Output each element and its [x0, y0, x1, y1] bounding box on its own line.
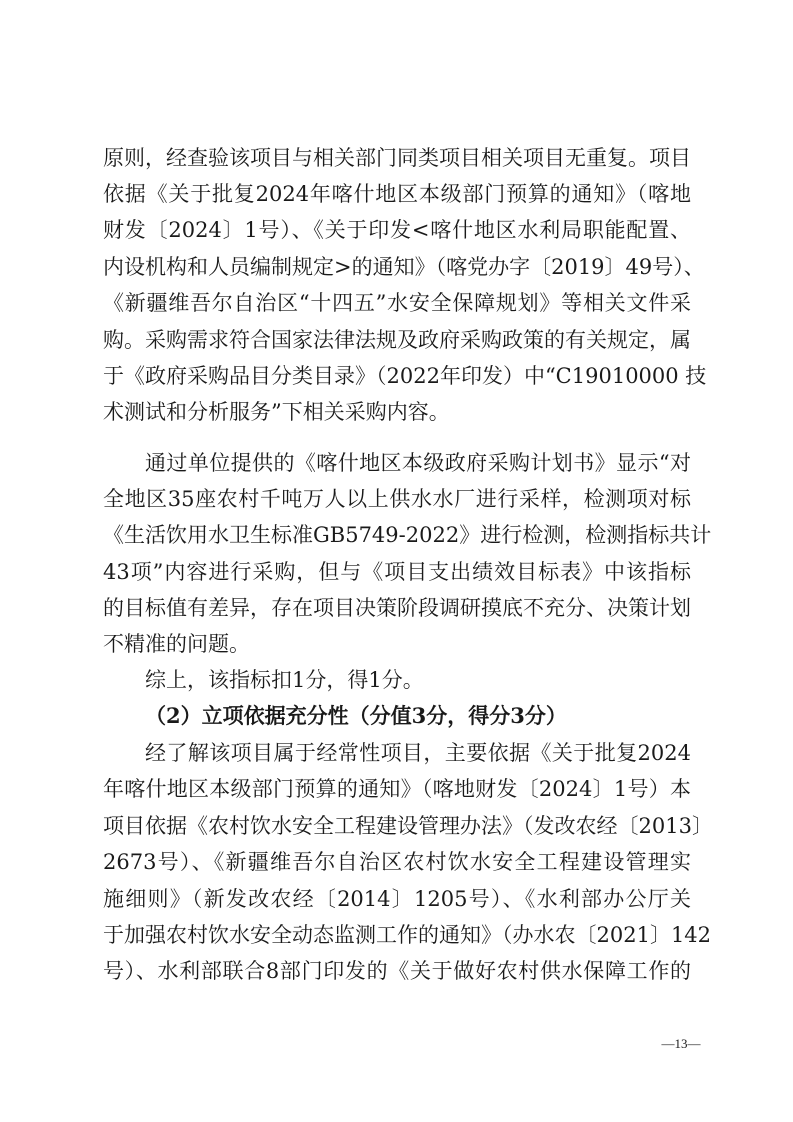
conclusion-line: 综上，该指标扣1分，得1分。 [145, 666, 691, 694]
text-line: 财发〔2024〕1号）、《关于印发<喀什地区水利局职能配置、 [103, 216, 691, 244]
text-line: 通过单位提供的《喀什地区本级政府采购计划书》显示“对 [145, 449, 691, 477]
text-line: 于加强农村饮水安全动态监测工作的通知》（办水农〔2021〕142 [103, 921, 691, 949]
text-line: 《新疆维吾尔自治区“十四五”水安全保障规划》等相关文件采 [103, 289, 691, 317]
section-heading: （2）立项依据充分性（分值3分，得分3分） [145, 702, 691, 730]
text-line: 于《政府采购品目分类目录》（2022年印发）中“C19010000 技 [103, 362, 691, 390]
text-line: 经了解该项目属于经常性项目，主要依据《关于批复2024 [145, 739, 691, 767]
text-line: 术测试和分析服务”下相关采购内容。 [103, 398, 691, 426]
text-line: 《生活饮用水卫生标准GB5749-2022》进行检测，检测指标共计 [103, 521, 691, 549]
text-line: 号）、水利部联合8部门印发的《关于做好农村供水保障工作的 [103, 957, 691, 985]
page-number: —13— [646, 1034, 716, 1054]
text-line: 原则，经查验该项目与相关部门同类项目相关项目无重复。项目 [103, 144, 691, 172]
text-line: 内设机构和人员编制规定>的通知》（喀党办字〔2019〕49号）、 [103, 253, 691, 281]
document-page: 原则，经查验该项目与相关部门同类项目相关项目无重复。项目 依据《关于批复2024… [0, 0, 793, 1122]
text-line: 的目标值有差异，存在项目决策阶段调研摸底不充分、决策计划 [103, 594, 691, 622]
text-line: 购。采购需求符合国家法律法规及政府采购政策的有关规定，属 [103, 326, 691, 354]
text-line: 项目依据《农村饮水安全工程建设管理办法》（发改农经〔2013〕 [103, 812, 691, 840]
text-line: 43项”内容进行采购，但与《项目支出绩效目标表》中该指标 [103, 558, 691, 586]
text-line: 2673号）、《新疆维吾尔自治区农村饮水安全工程建设管理实 [103, 848, 691, 876]
text-line: 不精准的问题。 [103, 630, 691, 658]
text-line: 全地区35座农村千吨万人以上供水水厂进行采样，检测项对标 [103, 485, 691, 513]
text-line: 年喀什地区本级部门预算的通知》（喀地财发〔2024〕1号）本 [103, 775, 691, 803]
text-line: 施细则》（新发改农经〔2014〕1205号）、《水利部办公厅关 [103, 885, 691, 913]
text-line: 依据《关于批复2024年喀什地区本级部门预算的通知》（喀地 [103, 180, 691, 208]
